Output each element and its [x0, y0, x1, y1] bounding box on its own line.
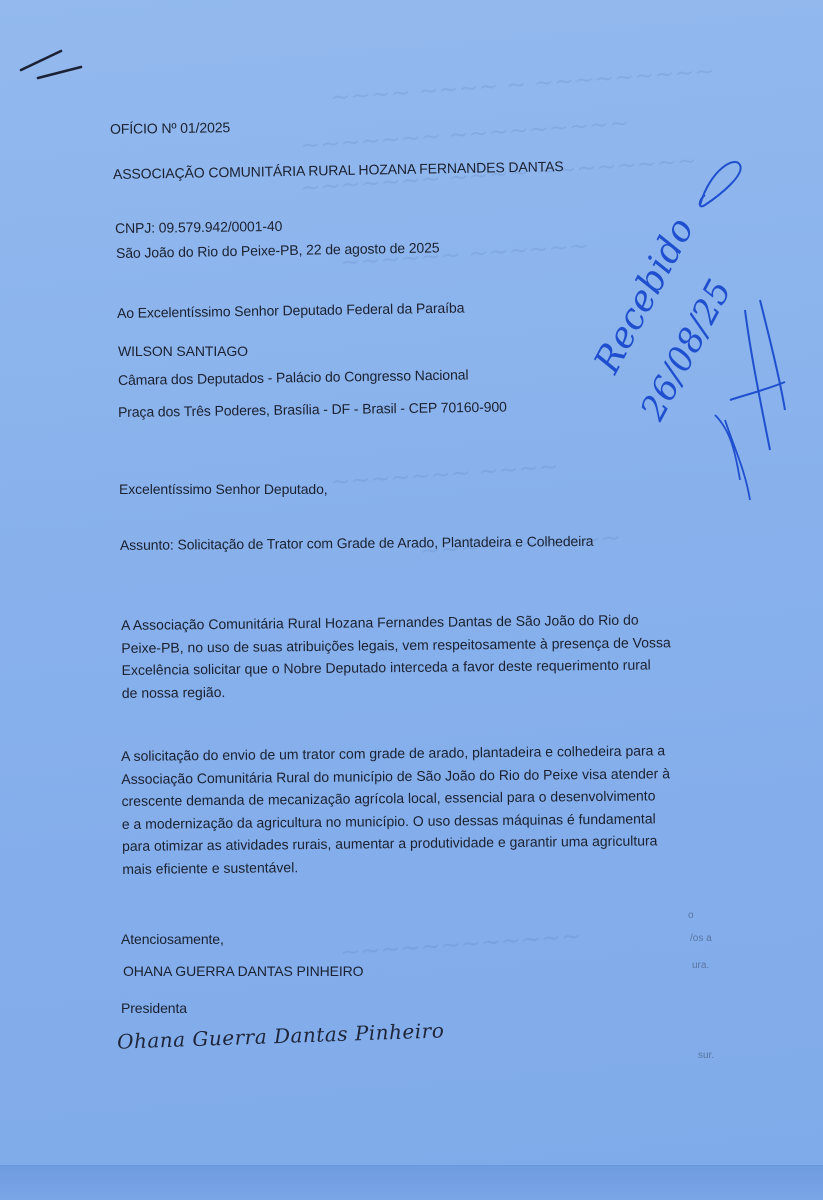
sender-cnpj: CNPJ: 09.579.942/0001-40: [115, 218, 282, 236]
signatory-role: Presidenta: [121, 1000, 187, 1016]
recipient-name: WILSON SANTIAGO: [118, 343, 248, 359]
body-paragraph-2: A solicitação do envio de um trator com …: [121, 739, 742, 880]
bleed-fragment: o: [688, 910, 694, 921]
document-title: OFÍCIO Nº 01/2025: [110, 119, 230, 137]
bleed-fragment: ura.: [692, 960, 709, 971]
body-paragraph-1: A Associação Comunitária Rural Hozana Fe…: [121, 608, 742, 704]
bleed-fragment: sur.: [698, 1050, 714, 1061]
closing: Atenciosamente,: [121, 931, 224, 947]
paper-edge: [0, 1165, 823, 1200]
greeting: Excelentíssimo Senhor Deputado,: [119, 481, 328, 497]
signatory-name: OHANA GUERRA DANTAS PINHEIRO: [123, 963, 363, 979]
bleed-fragment: /os a: [690, 933, 712, 944]
